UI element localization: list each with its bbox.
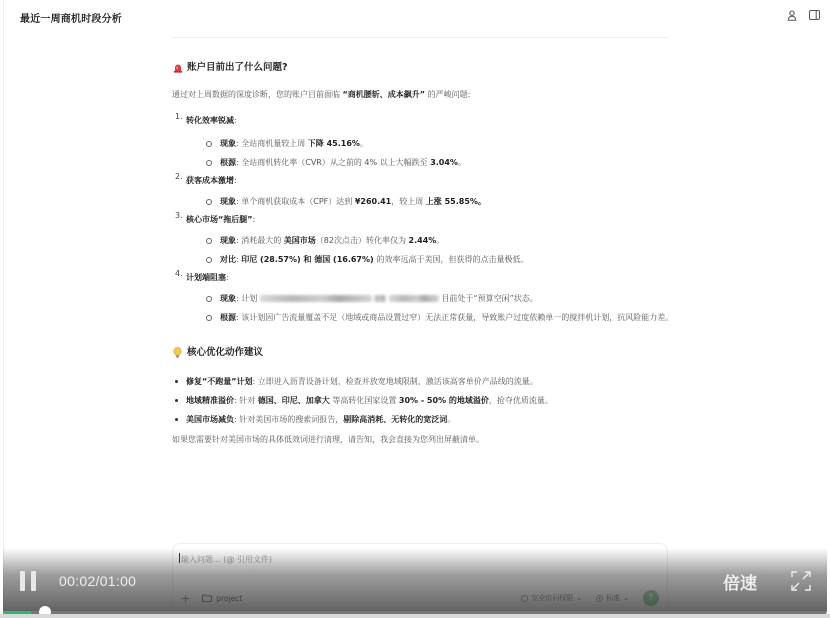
item-number: 1.: [175, 113, 183, 121]
section-heading-suggestions: 核心优化动作建议: [172, 347, 682, 358]
sub-label: 现象: [220, 139, 236, 148]
intro-text-end: 的严峻问题:: [425, 90, 470, 99]
sub-item: 现象: 全站商机量较上周 下降 45.16%。: [206, 134, 682, 153]
sub-text: 全站商机量较上周: [241, 139, 308, 148]
item-number: 2.: [175, 173, 183, 181]
suggestion-label: 美国市场减负: [186, 415, 234, 424]
suggestion-text-mid: 等高转化国家设置: [330, 396, 399, 405]
sub-text: 该计划因广告流量覆盖不足（地域或商品设置过窄）无法正常获量，导致账户过度依赖单一…: [241, 313, 673, 322]
sub-label: 现象: [220, 236, 236, 245]
pause-button[interactable]: [20, 571, 42, 591]
sub-item: 现象: 消耗最大的 美国市场（82次点击）转化率仅为 2.44%。: [206, 231, 682, 250]
closing-paragraph: 如果您需要针对美国市场的具体低效词进行清理，请告知，我会直接为您列出屏蔽清单。: [172, 433, 682, 447]
section-heading-problems: 账户目前出了什么问题?: [172, 62, 682, 73]
message-divider: [172, 37, 668, 38]
sub-item: 根源: 该计划因广告流量覆盖不足（地域或商品设置过窄）无法正常获量，导致账户过度…: [206, 308, 682, 327]
video-player-controls: 00:02/01:00 倍速: [3, 548, 827, 614]
item-number: 4.: [175, 270, 183, 278]
sub-text-end: 。: [436, 236, 444, 245]
suggestion-label: 修复“不跑量”计划: [186, 377, 253, 386]
sub-label: 现象: [220, 197, 236, 206]
title-bar: 最近一周商机时段分析: [4, 0, 830, 36]
suggestion-emphasis: 德国、印尼、加拿大: [258, 396, 330, 405]
sub-text-end: 。: [458, 158, 466, 167]
suggestion-item: 地域精准溢价: 针对 德国、印尼、加拿大 等高转化国家设置 30% - 50% …: [172, 391, 682, 410]
item-number: 3.: [175, 212, 183, 220]
sub-emphasis-2: 2.44%: [409, 236, 437, 245]
sub-item: 现象: 计划 目前处于“预算空闲”状态。: [206, 289, 682, 308]
suggestion-item: 修复“不跑量”计划: 立即进入沥青设备计划，检查并放宽地域限制，激活该高客单价产…: [172, 372, 682, 391]
intro-text: 通过对上周数据的深度诊断，您的账户目前面临: [172, 90, 343, 99]
sub-label: 对比: [220, 255, 236, 264]
sub-emphasis-2: 上涨: [426, 197, 442, 206]
colon: :: [253, 215, 256, 224]
problem-item-1: 1. 转化效率锐减: 现象: 全站商机量较上周 下降 45.16%。 根源: 全…: [172, 113, 682, 172]
sub-text: 消耗最大的: [241, 236, 284, 245]
colon: :: [234, 176, 237, 185]
sub-text-mid: （82次点击）转化率仅为: [316, 236, 409, 245]
playback-timecode: 00:02/01:00: [59, 573, 136, 589]
sub-label: 根源: [220, 158, 236, 167]
sub-text: 计划: [241, 294, 260, 303]
sub-text-mid: (28.57%) 和: [257, 255, 314, 264]
problem-item-3: 3. 核心市场“拖后腿”: 现象: 消耗最大的 美国市场（82次点击）转化率仅为…: [172, 212, 682, 269]
item-title: 转化效率锐减: [186, 116, 234, 125]
sub-text-end: 的效率远高于美国，但获得的点击量极低。: [376, 255, 528, 264]
player-bottom-edge: [0, 614, 830, 618]
problem-item-2: 2. 获客成本激增: 现象: 单个商机获取成本（CPF）达到 ¥260.41，较…: [172, 173, 682, 211]
suggestion-text-end: 。: [447, 415, 455, 424]
sub-label: 现象: [220, 294, 236, 303]
suggestion-text: 针对美国市场的搜索词报告，: [239, 415, 343, 424]
suggestion-text-end: ，抢夺优质流量。: [489, 396, 553, 405]
suggestion-label: 地域精准溢价: [186, 396, 234, 405]
redacted-plan-name-part: [389, 295, 439, 302]
sub-text-mid-2: (16.67%): [330, 255, 376, 264]
sub-label: 根源: [220, 313, 236, 322]
item-title: 计划端阻塞: [186, 273, 226, 282]
sub-item: 现象: 单个商机获取成本（CPF）达到 ¥260.41，较上周 上涨 55.85…: [206, 192, 682, 211]
sub-text: 全站商机转化率（CVR）从之前的 4% 以上大幅跌至: [241, 158, 430, 167]
sub-emphasis: 3.04%: [430, 158, 458, 167]
problem-item-4: 4. 计划端阻塞: 现象: 计划 目前处于“预算空闲”状态。 根源: 该计划因广…: [172, 270, 682, 327]
sub-emphasis: ¥260.41: [355, 197, 391, 206]
pause-icon-bar: [31, 571, 36, 591]
colon: :: [234, 116, 237, 125]
item-title: 获客成本激增: [186, 176, 234, 185]
top-right-toolbar: [786, 9, 820, 21]
page-title: 最近一周商机时段分析: [20, 10, 122, 25]
app-window: 最近一周商机时段分析 账户目前出了什么问题? 通过对上周数据的深度诊断，您的账户…: [3, 0, 830, 618]
suggestion-text: 立即进入沥青设备计划，检查并放宽地域限制，激活该高客单价产品线的流量。: [258, 377, 538, 386]
sub-text-mid: ，较上周: [391, 197, 426, 206]
sub-text-end: 。: [360, 139, 368, 148]
heading-text: 账户目前出了什么问题?: [187, 63, 288, 73]
item-title: 核心市场“拖后腿”: [186, 215, 253, 224]
redacted-plan-name-part: [374, 295, 386, 302]
redacted-plan-name: [260, 295, 372, 302]
suggestion-emphasis: 剔除高消耗、无转化的宽泛词: [343, 415, 447, 424]
sub-emphasis-2: 德国: [314, 255, 330, 264]
sub-text-end: 目前处于“预算空闲”状态。: [441, 294, 537, 303]
colon: :: [226, 273, 229, 282]
sub-item: 对比: 印尼 (28.57%) 和 德国 (16.67%) 的效率远高于美国，但…: [206, 250, 682, 269]
alarm-siren-icon: [172, 62, 183, 73]
sub-emphasis: 美国市场: [284, 236, 316, 245]
suggestion-item: 美国市场减负: 针对美国市场的搜索词报告，剔除高消耗、无转化的宽泛词。: [172, 410, 682, 429]
suggestion-emphasis-2: 30% - 50% 的地域溢价: [399, 396, 489, 405]
problem-list: 1. 转化效率锐减: 现象: 全站商机量较上周 下降 45.16%。 根源: 全…: [172, 113, 682, 327]
sub-item: 根源: 全站商机转化率（CVR）从之前的 4% 以上大幅跌至 3.04%。: [206, 153, 682, 172]
intro-emphasis: “商机腰斩、成本飙升”: [343, 90, 426, 99]
suggestion-text: 针对: [239, 396, 258, 405]
fullscreen-icon: [790, 570, 812, 592]
suggestion-list: 修复“不跑量”计划: 立即进入沥青设备计划，检查并放宽地域限制，激活该高客单价产…: [172, 372, 682, 429]
heading-text: 核心优化动作建议: [187, 348, 263, 358]
fullscreen-button[interactable]: [790, 570, 812, 592]
assistant-message: 账户目前出了什么问题? 通过对上周数据的深度诊断，您的账户目前面临 “商机腰斩、…: [172, 62, 682, 447]
lightbulb-icon: [172, 347, 183, 358]
sub-text-end: 55.85%。: [442, 197, 486, 206]
playback-speed-button[interactable]: 倍速: [723, 569, 757, 594]
user-icon[interactable]: [786, 9, 798, 21]
sub-emphasis: 下降 45.16%: [308, 139, 360, 148]
intro-paragraph: 通过对上周数据的深度诊断，您的账户目前面临 “商机腰斩、成本飙升” 的严峻问题:: [172, 91, 682, 99]
pause-icon-bar: [20, 571, 25, 591]
sub-emphasis: 印尼: [241, 255, 257, 264]
panel-toggle-icon[interactable]: [808, 9, 820, 21]
sub-text: 单个商机获取成本（CPF）达到: [241, 197, 355, 206]
